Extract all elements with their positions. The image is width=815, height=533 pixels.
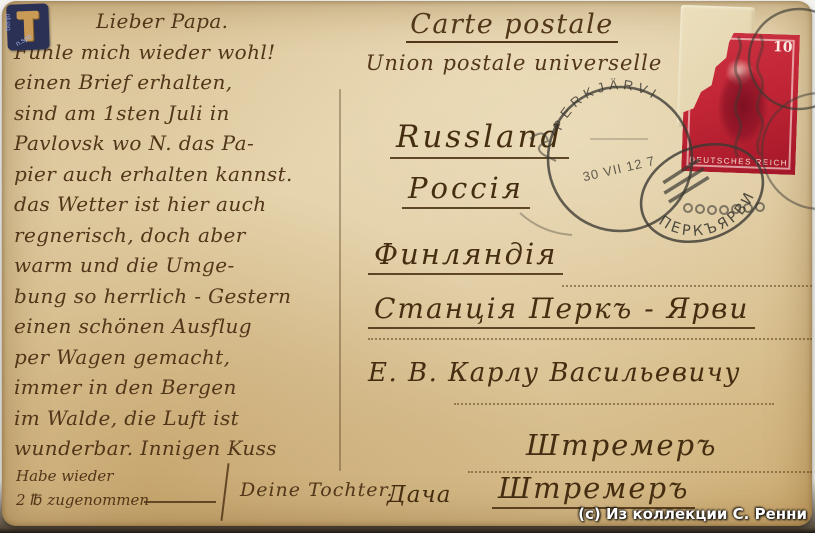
message-line: immer in den Bergen [14,375,346,406]
ink-dash [144,501,216,503]
address-country-ru: Россія [402,171,530,205]
message-line: Lieber Papa. [14,9,346,40]
address-region: Финляндія [368,237,563,271]
address-dacha-name: Штремеръ [492,471,695,505]
logo-text-vertical: benjo [5,13,13,30]
address-surname: Штремеръ [526,428,717,462]
ink-flourish [520,213,572,235]
message-line: das Wetter ist hier auch [14,192,346,223]
message-line: pier auch erhalten kannst. [14,162,346,193]
postmark-town-cyrillic: ПЕРКЪЯРВИ [652,178,767,256]
message-line: wunderbar. Innigen Kuss [14,436,346,467]
printed-dotted-line [562,285,812,287]
cancel-dotted-chain [684,203,764,214]
address-recipient: Е. В. Карлу Васильевичу [368,358,741,388]
ps-note-line1: Habe wieder [16,467,113,485]
address-country-de: Russland [390,119,569,155]
collector-logo: benjo n.spb [6,3,50,50]
message-line: per Wagen gemacht, [14,345,346,376]
signature: Deine Tochter. [240,479,394,501]
message-line: bung so herrlich - Gestern [14,284,346,315]
message-line: warm und die Umge- [14,253,346,284]
address-dacha-label: Дача [387,482,451,508]
ps-note-line2: 2 ℔ zugenommen [16,491,149,509]
message-line: einen Brief erhalten, [14,70,346,101]
postcard-title-text: Carte postale [406,9,618,43]
message-line: sind am 1sten Juli in [14,101,346,132]
postage-stamp: 10 DEUTSCHES REICH [675,5,805,177]
stamp-denomination: 10 [773,39,793,56]
message-line: regnerisch, doch aber [14,223,346,254]
postmark-circle-latin [548,87,692,231]
address-station: Станція Перкъ - Ярви [368,292,755,325]
collection-watermark: (с) Из коллекции С. Ренни [578,505,807,523]
photo-background: Carte postale Union postale universelle … [0,0,815,533]
postcard-subtitle: Union postale universelle [344,51,684,75]
message-line: Fühle mich wieder wohl! [14,40,346,71]
printed-dotted-line [368,338,812,340]
message-line: einen schönen Ausflug [14,314,346,345]
message-line: Pavlovsk wo N. das Pa- [14,131,346,162]
logo-text-diagonal: n.spb [15,33,33,48]
message-line: im Walde, die Luft ist [14,406,346,437]
postmark-date: 30 VII 12 7 [581,153,656,184]
divider-line [339,89,341,471]
message-block: Lieber Papa. Fühle mich wieder wohl! ein… [14,9,346,467]
svg-text:ПЕРКЪЯРВИ: ПЕРКЪЯРВИ [652,178,767,256]
printed-dotted-line [454,403,774,405]
ink-slash [220,463,229,521]
postcard: Carte postale Union postale universelle … [2,1,812,526]
postcard-title: Carte postale [387,9,637,40]
